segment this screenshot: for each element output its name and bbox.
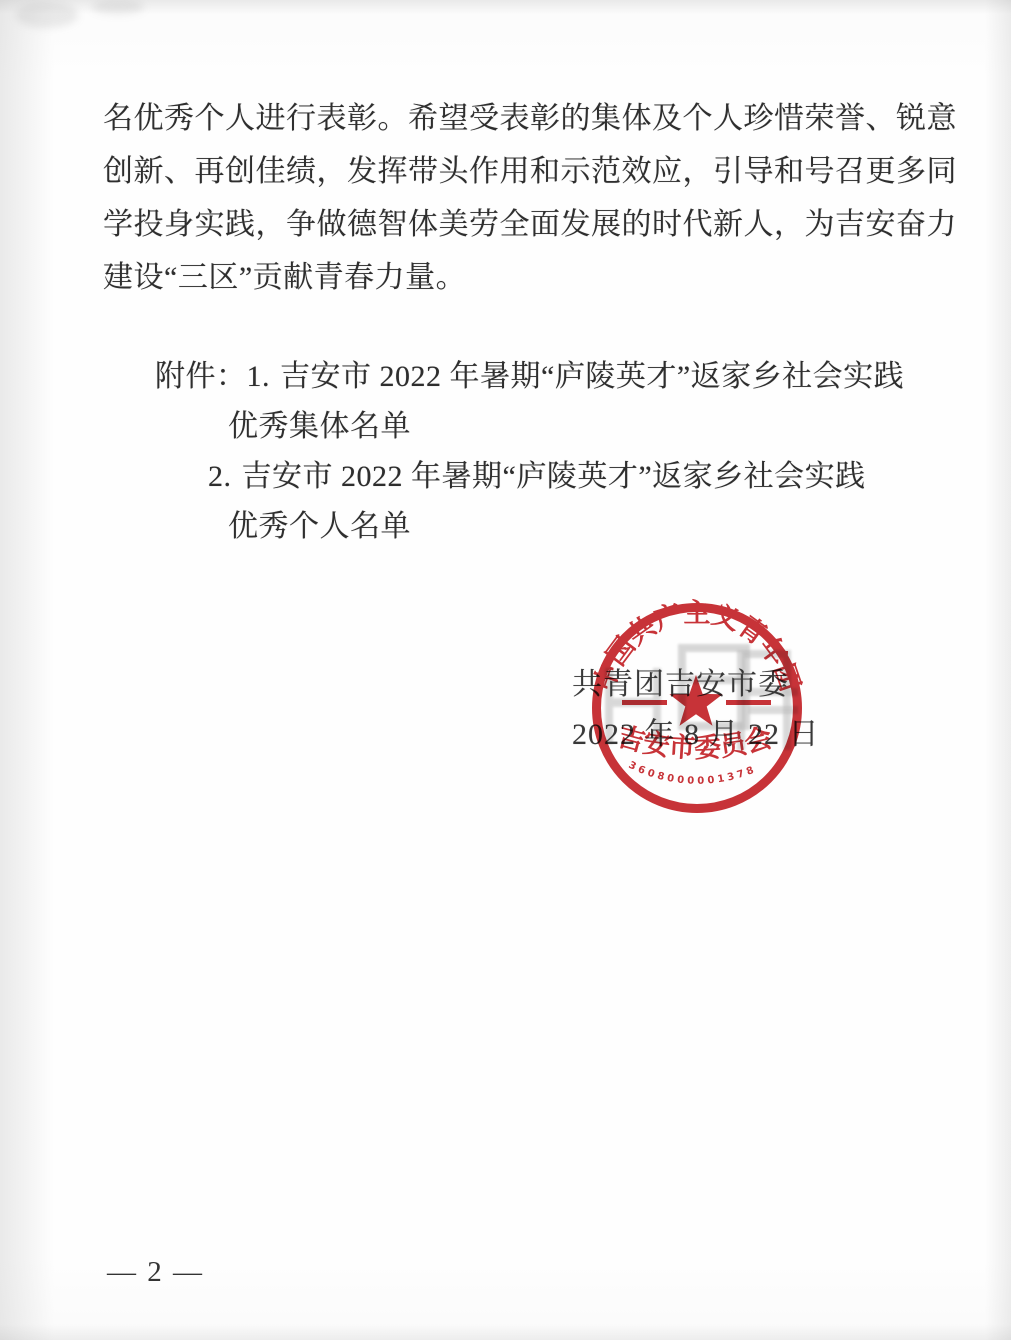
attachment-item-1-line-1: 附件：1.吉安市 2022 年暑期“庐陵英才”返家乡社会实践 — [155, 352, 904, 402]
seal-serial-number: 3608000001378 — [627, 760, 757, 787]
scan-edge-top — [0, 0, 1011, 14]
attachment-item-2-title: 吉安市 2022 年暑期“庐陵英才”返家乡社会实践 — [242, 460, 866, 493]
scan-edge-left — [0, 0, 54, 1340]
attachment-item-1-line-2: 优秀集体名单 — [228, 402, 904, 452]
attachment-item-2-line-2: 优秀个人名单 — [228, 502, 904, 552]
scan-smudge — [16, 2, 78, 28]
attachment-item-2-number: 2. — [208, 460, 232, 493]
seal-left-bar — [622, 700, 667, 705]
attachment-item-1-title: 吉安市 2022 年暑期“庐陵英才”返家乡社会实践 — [280, 360, 904, 393]
seal-bottom-text: 吉安市委员会 — [614, 721, 775, 763]
seal-right-bar — [726, 700, 771, 705]
official-seal: 中国共产主义青年团 吉安市委员会 3608000001378 — [584, 594, 810, 820]
attachment-item-2-line-1: 2.吉安市 2022 年暑期“庐陵英才”返家乡社会实践 — [208, 452, 904, 502]
paragraph-line: 学投身实践，争做德智体美劳全面发展的时代新人，为吉安奋力 — [103, 198, 957, 251]
attachment-item-1-number: 1. — [247, 360, 271, 393]
scan-edge-bottom — [0, 1324, 1011, 1340]
seal-star-icon — [669, 675, 722, 726]
paragraph-line: 名优秀个人进行表彰。希望受表彰的集体及个人珍惜荣誉、锐意 — [103, 92, 957, 145]
seal-graphic: 中国共产主义青年团 吉安市委员会 3608000001378 — [584, 594, 810, 820]
page-number: — 2 — — [107, 1256, 204, 1289]
document-page: 名优秀个人进行表彰。希望受表彰的集体及个人珍惜荣誉、锐意 创新、再创佳绩，发挥带… — [0, 0, 1011, 1340]
scan-smudge — [92, 0, 144, 14]
attachment-label: 附件： — [155, 360, 247, 393]
scan-edge-right — [985, 0, 1011, 1340]
paragraph-line: 创新、再创佳绩，发挥带头作用和示范效应，引导和号召更多同 — [103, 145, 957, 198]
attachment-section: 附件：1.吉安市 2022 年暑期“庐陵英才”返家乡社会实践 优秀集体名单 2.… — [155, 352, 904, 552]
body-paragraph: 名优秀个人进行表彰。希望受表彰的集体及个人珍惜荣誉、锐意 创新、再创佳绩，发挥带… — [103, 92, 957, 304]
paragraph-line: 建设“三区”贡献青春力量。 — [103, 251, 957, 304]
